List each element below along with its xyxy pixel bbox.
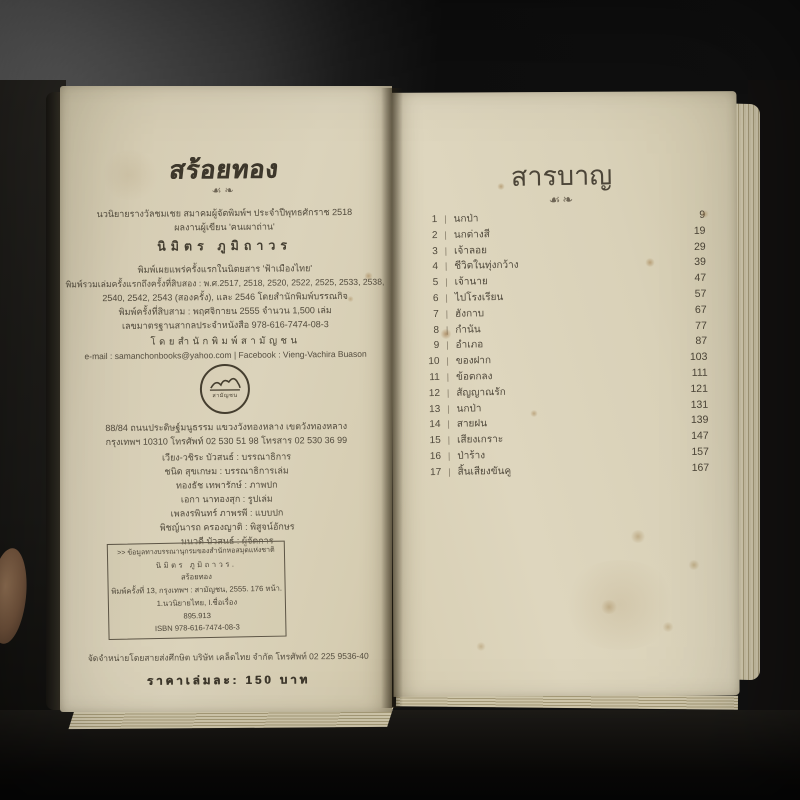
- toc-row-page: 47: [670, 272, 706, 285]
- toc-row-number: 4: [416, 261, 438, 272]
- toc-row-page: 139: [672, 414, 708, 427]
- toc-divider: |: [444, 230, 447, 240]
- toc-row-page: 19: [669, 225, 705, 238]
- cip-isbn: ISBN 978-616-7474-08-3: [109, 621, 285, 636]
- toc-divider: |: [446, 340, 449, 350]
- toc-row-page: 57: [670, 288, 706, 301]
- toc-divider: |: [447, 372, 450, 382]
- toc-row-page: 67: [671, 304, 707, 317]
- toc-row-number: 6: [416, 293, 438, 304]
- toc-row-number: 14: [418, 419, 440, 430]
- toc-row-page: 29: [670, 240, 706, 253]
- imprint-page-content: สร้อยทอง ☙❧ นวนิยายรางวัลชมเชย สมาคมผู้จ…: [57, 85, 394, 714]
- toc-row-number: 16: [419, 451, 441, 462]
- book-photo: สร้อยทอง ☙❧ นวนิยายรางวัลชมเชย สมาคมผู้จ…: [0, 0, 800, 800]
- toc-divider: |: [448, 435, 451, 445]
- toc-divider: |: [447, 388, 450, 398]
- publisher-line: โดยสำนักพิมพ์สามัญชน: [59, 333, 391, 351]
- toc-row-page: 157: [673, 446, 709, 459]
- toc-row-number: 8: [417, 325, 439, 336]
- fleuron-icon: ☙❧: [58, 183, 390, 199]
- toc-row-number: 2: [415, 230, 437, 241]
- toc-row-number: 9: [417, 340, 439, 351]
- toc-row-number: 5: [416, 277, 438, 288]
- toc-row-number: 17: [419, 467, 441, 478]
- toc-divider: |: [445, 293, 448, 303]
- price-line: ราคาเล่มละ: 150 บาท: [62, 671, 394, 692]
- toc-divider: |: [447, 419, 450, 429]
- toc-divider: |: [445, 245, 448, 255]
- toc-row-page: 121: [672, 383, 708, 396]
- reclining-figures-icon: [208, 372, 242, 394]
- toc-row-page: 167: [673, 461, 709, 474]
- toc-divider: |: [446, 356, 449, 366]
- toc-row-page: 147: [673, 430, 709, 443]
- toc-row-number: 10: [417, 356, 439, 367]
- toc-row-number: 15: [419, 435, 441, 446]
- toc-divider: |: [445, 277, 448, 287]
- address-line: กรุงเทพฯ 10310 โทรศัพท์ 02 530 51 98 โทร…: [60, 433, 392, 450]
- toc-row-number: 3: [416, 246, 438, 257]
- toc-row-page: 77: [671, 319, 707, 332]
- toc-row: 17|สิ้นเสียงขันคู167: [419, 460, 709, 480]
- toc-divider: |: [446, 324, 449, 334]
- toc-row-number: 13: [418, 404, 440, 415]
- toc-divider: |: [446, 309, 449, 319]
- toc-row-number: 7: [417, 309, 439, 320]
- toc-divider: |: [445, 261, 448, 271]
- printing-line: เลขมาตรฐานสากลประจำหนังสือ 978-616-7474-…: [59, 317, 391, 334]
- toc-row-number: 1: [415, 214, 437, 225]
- table-of-contents: 1|นกป่า9 2|นกต่างสี19 3|เจ้าลอย29 4|ชีวิ…: [415, 208, 709, 481]
- toc-divider: |: [444, 214, 447, 224]
- toc-row-number: 11: [418, 372, 440, 383]
- toc-row-page: 39: [670, 256, 706, 269]
- work-line: ผลงานผู้เขียน 'คนเผาถ่าน': [58, 219, 390, 236]
- publisher-logo-text: สามัญชน: [202, 392, 248, 400]
- author-name: นิมิตร ภูมิถาวร: [59, 235, 391, 258]
- toc-divider: |: [448, 451, 451, 461]
- toc-row-title: สิ้นเสียงขันคู: [457, 461, 673, 479]
- distribution-line: จัดจำหน่ายโดยสายส่งศึกษิต บริษัท เคล็ดไท…: [62, 649, 394, 666]
- toc-row-page: 111: [672, 367, 708, 380]
- toc-divider: |: [448, 467, 451, 477]
- toc-divider: |: [447, 403, 450, 413]
- cip-box: >> ข้อมูลทางบรรณานุกรมของสำนักหอสมุดแห่ง…: [107, 541, 287, 640]
- contents-page-content: สารบาญ ☙❧ 1|นกป่า9 2|นกต่างสี19 3|เจ้าลอ…: [387, 89, 742, 698]
- toc-row-page: 103: [671, 351, 707, 364]
- publisher-logo-stamp: สามัญชน: [200, 364, 250, 414]
- contact-line: e-mail : samanchonbooks@yahoo.com | Face…: [60, 349, 392, 362]
- toc-row-number: 12: [418, 388, 440, 399]
- toc-row-page: 87: [671, 335, 707, 348]
- toc-row-page: 9: [669, 209, 705, 222]
- background-top: [0, 0, 800, 94]
- toc-row-page: 131: [672, 398, 708, 411]
